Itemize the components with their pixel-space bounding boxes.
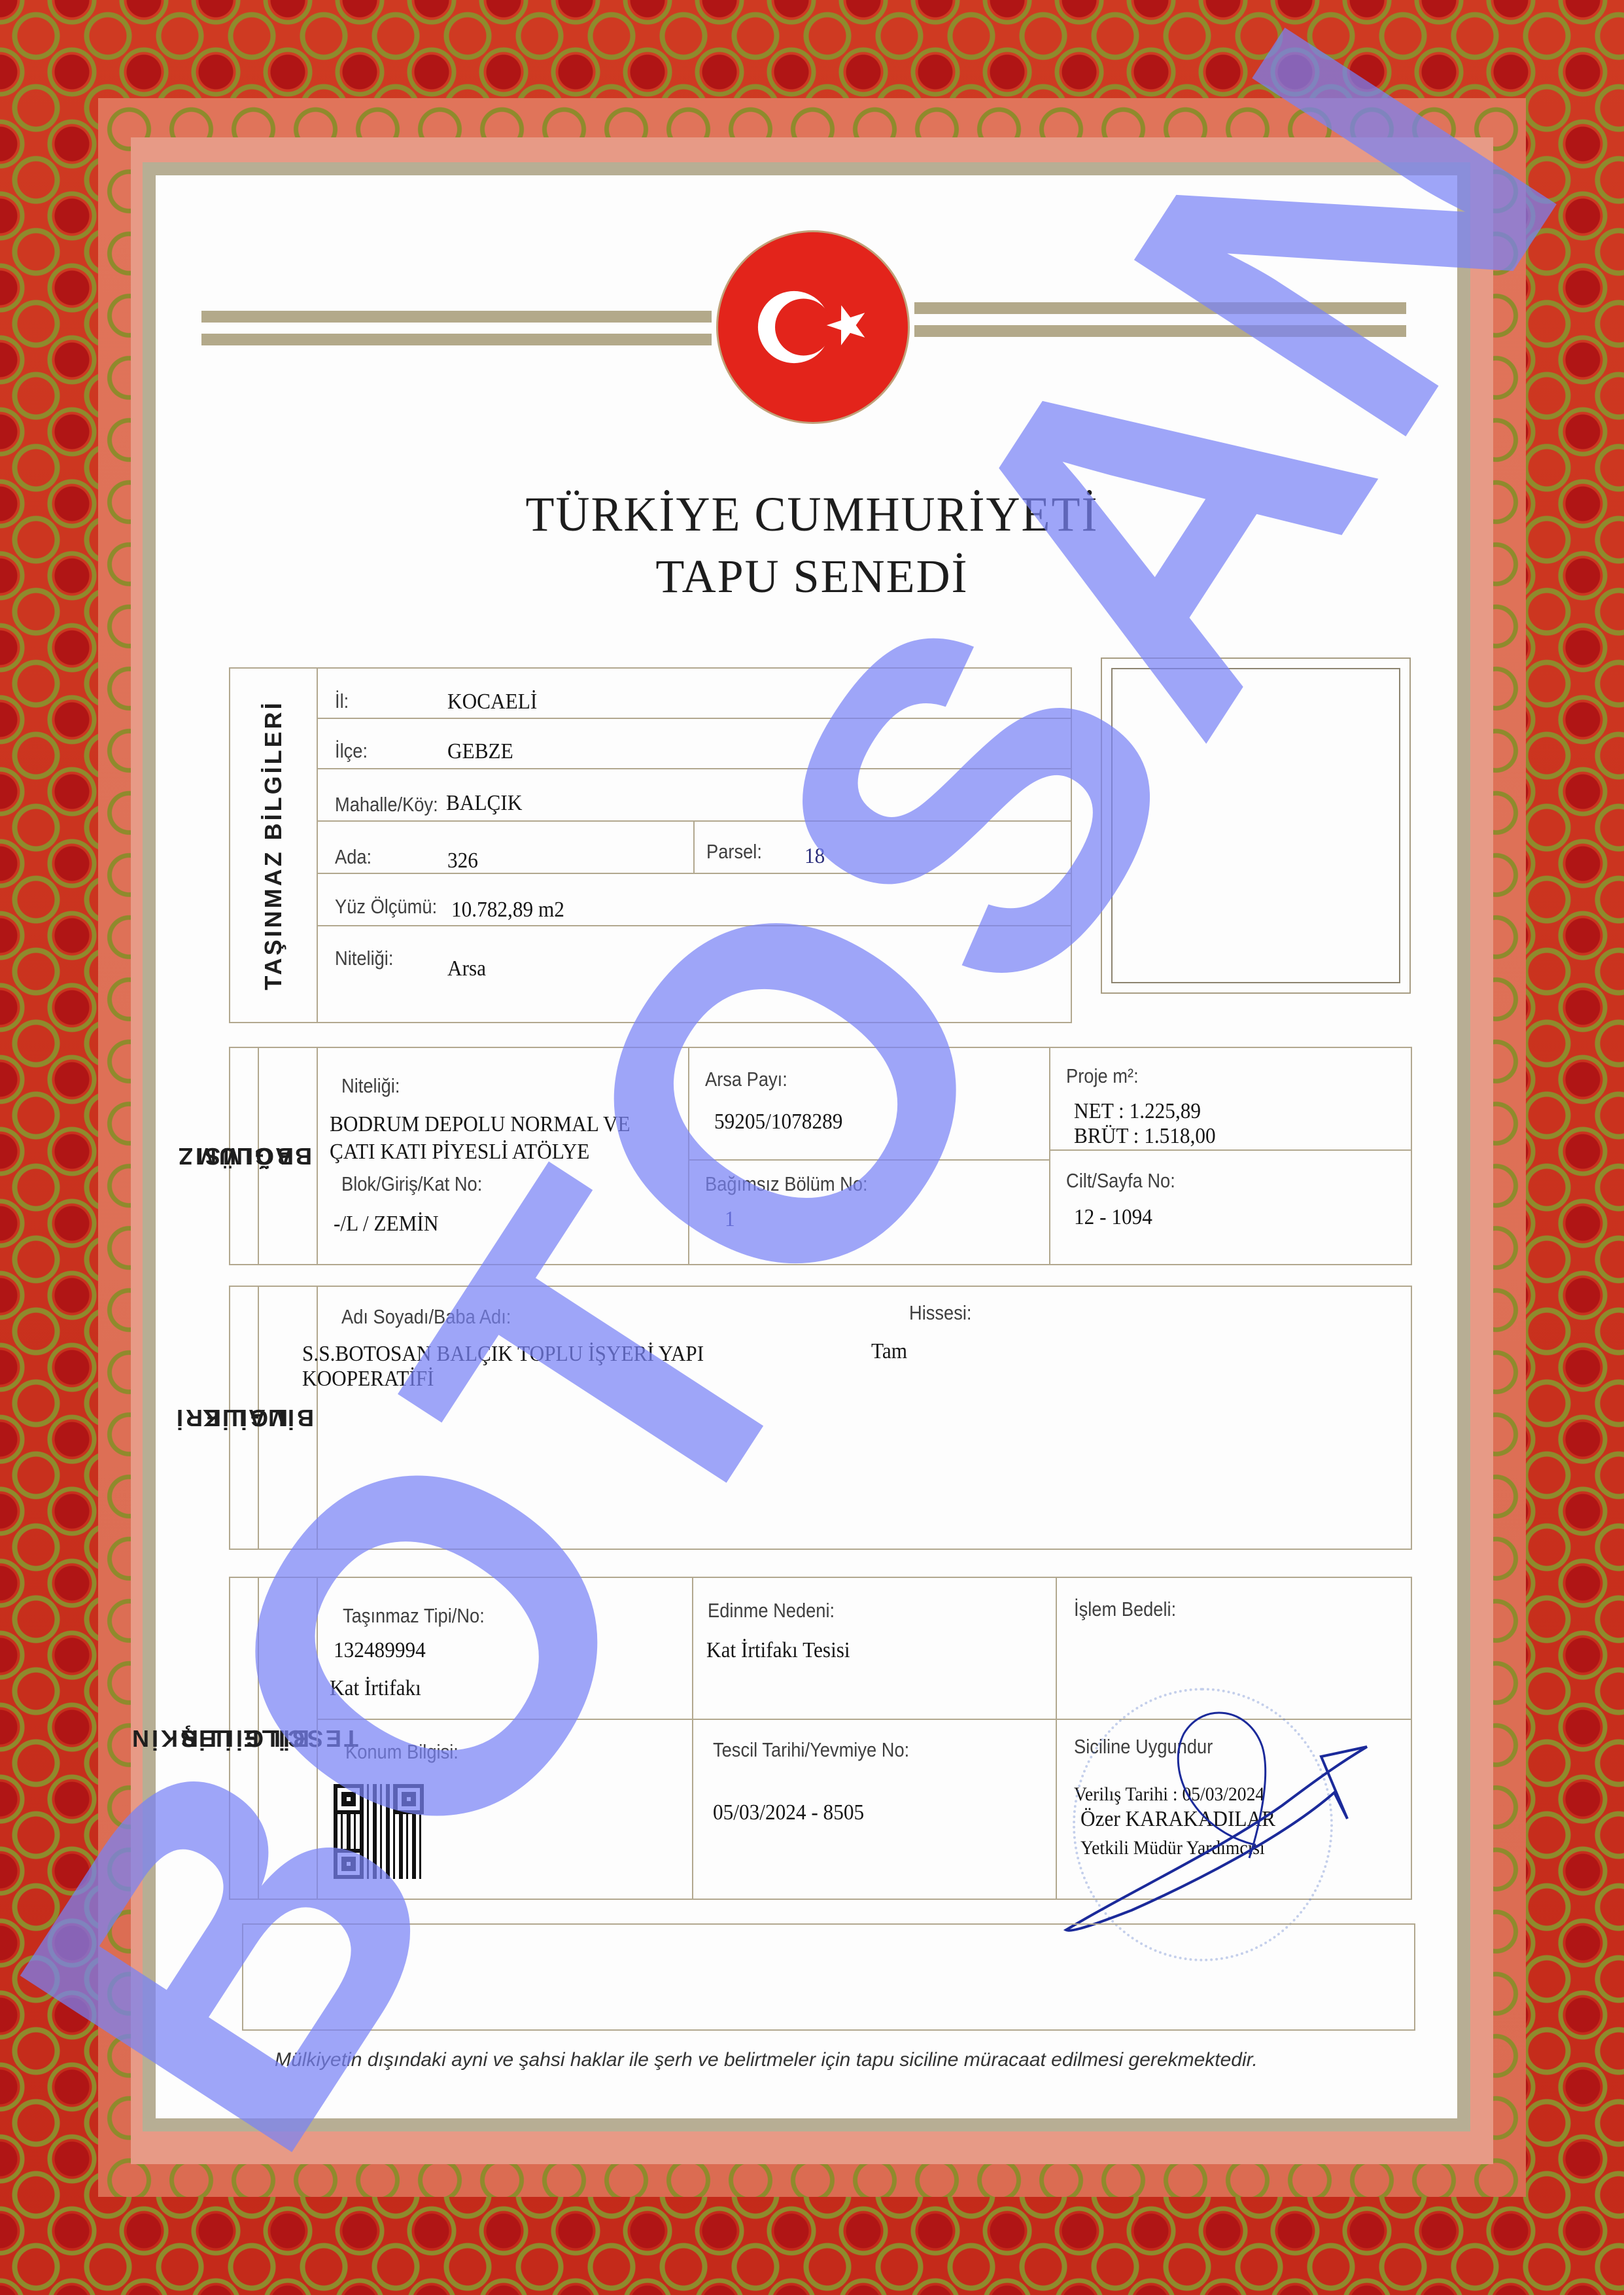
mahalle-value: BALÇIK xyxy=(446,791,522,816)
proje-brut-value: BRÜT : 1.518,00 xyxy=(1074,1124,1216,1149)
section-label: MALİKBİLGİLERİ xyxy=(230,1287,259,1549)
niteligi-value: Arsa xyxy=(447,956,486,981)
ada-value: 326 xyxy=(447,849,478,873)
il-label: İl: xyxy=(335,690,349,713)
blok-value: -/L / ZEMİN xyxy=(334,1212,438,1236)
blok-label: Blok/Giriş/Kat No: xyxy=(341,1172,482,1196)
annotations-box xyxy=(242,1923,1415,2031)
tescil-tarihi-label: Tescil Tarihi/Yevmiye No: xyxy=(713,1738,909,1762)
bb-niteligi-value-line1: BODRUM DEPOLU NORMAL VE xyxy=(330,1112,631,1137)
ada-label: Ada: xyxy=(335,845,371,869)
cilt-sayfa-value: 12 - 1094 xyxy=(1074,1205,1152,1230)
bb-niteligi-label: Niteliği: xyxy=(341,1074,400,1098)
il-value: KOCAELİ xyxy=(447,690,537,714)
share-label: Hissesi: xyxy=(909,1301,971,1325)
tasinmaz-no-value: 132489994 xyxy=(334,1638,426,1663)
title-document: TAPU SENEDİ xyxy=(0,550,1624,604)
proje-m2-label: Proje m²: xyxy=(1066,1064,1139,1088)
edinme-nedeni-value: Kat İrtifakı Tesisi xyxy=(706,1638,850,1663)
mahalle-label: Mahalle/Köy: xyxy=(335,793,438,816)
owner-name-label: Adı Soyadı/Baba Adı: xyxy=(341,1305,511,1329)
title-country: TÜRKİYE CUMHURİYETİ xyxy=(0,486,1624,543)
tasinmaz-tipi-label: Taşınmaz Tipi/No: xyxy=(343,1604,485,1628)
yuzolcumu-label: Yüz Ölçümü: xyxy=(335,895,437,919)
niteligi-label: Niteliği: xyxy=(335,947,393,970)
signature xyxy=(916,1694,1387,1956)
ilce-value: GEBZE xyxy=(447,739,513,764)
cilt-sayfa-label: Cilt/Sayfa No: xyxy=(1066,1169,1175,1193)
ilce-label: İlçe: xyxy=(335,739,368,763)
share-value: Tam xyxy=(871,1339,907,1364)
konum-bilgisi-label: Konum Bilgisi: xyxy=(345,1740,458,1764)
parsel-label: Parsel: xyxy=(706,840,762,864)
header-stripe xyxy=(201,334,712,345)
qr-code-icon[interactable] xyxy=(334,1784,424,1879)
edinme-nedeni-label: Edinme Nedeni: xyxy=(708,1599,835,1622)
bb-niteligi-value-line2: ÇATI KATI PİYESLİ ATÖLYE xyxy=(330,1140,589,1165)
owner-name-line1: S.S.BOTOSAN BALÇIK TOPLU İŞYERİ YAPI xyxy=(302,1342,704,1367)
section-label: BAĞIMSIZBÖLÜM xyxy=(230,1048,259,1264)
section-bagimsiz-bolum: BAĞIMSIZBÖLÜM Niteliği: BODRUM DEPOLU NO… xyxy=(229,1047,1412,1265)
owner-name-line2: KOOPERATİFİ xyxy=(302,1367,434,1392)
header-stripe xyxy=(201,311,712,323)
tescil-tarihi-value: 05/03/2024 - 8505 xyxy=(713,1800,864,1825)
arsa-payi-value: 59205/1078289 xyxy=(714,1110,842,1134)
islem-bedeli-label: İşlem Bedeli: xyxy=(1074,1598,1176,1621)
bb-no-value: 1 xyxy=(725,1207,735,1232)
photo-box xyxy=(1101,657,1411,994)
section-label: TESCİLE İLİŞKİNBİLGİLER xyxy=(230,1578,259,1899)
tasinmaz-tipi-value: Kat İrtifakı xyxy=(330,1676,421,1701)
footer-note: Mülkiyetin dışındaki ayni ve şahsi hakla… xyxy=(275,2049,1258,2071)
crescent-star-icon xyxy=(718,232,908,422)
bb-no-label: Bağımsız Bölüm No: xyxy=(705,1172,868,1196)
header-stripe xyxy=(914,302,1406,314)
parsel-value: 18 xyxy=(804,844,825,869)
proje-net-value: NET : 1.225,89 xyxy=(1074,1099,1201,1124)
section-label: TAŞINMAZ BİLGİLERİ xyxy=(230,669,318,1022)
arsa-payi-label: Arsa Payı: xyxy=(705,1068,787,1091)
yuzolcumu-value: 10.782,89 m2 xyxy=(451,898,564,922)
header-stripe xyxy=(914,325,1406,337)
section-tasinmaz: TAŞINMAZ BİLGİLERİ İl: KOCAELİ İlçe: GEB… xyxy=(229,667,1072,1023)
section-malik: MALİKBİLGİLERİ Adı Soyadı/Baba Adı: S.S.… xyxy=(229,1286,1412,1550)
